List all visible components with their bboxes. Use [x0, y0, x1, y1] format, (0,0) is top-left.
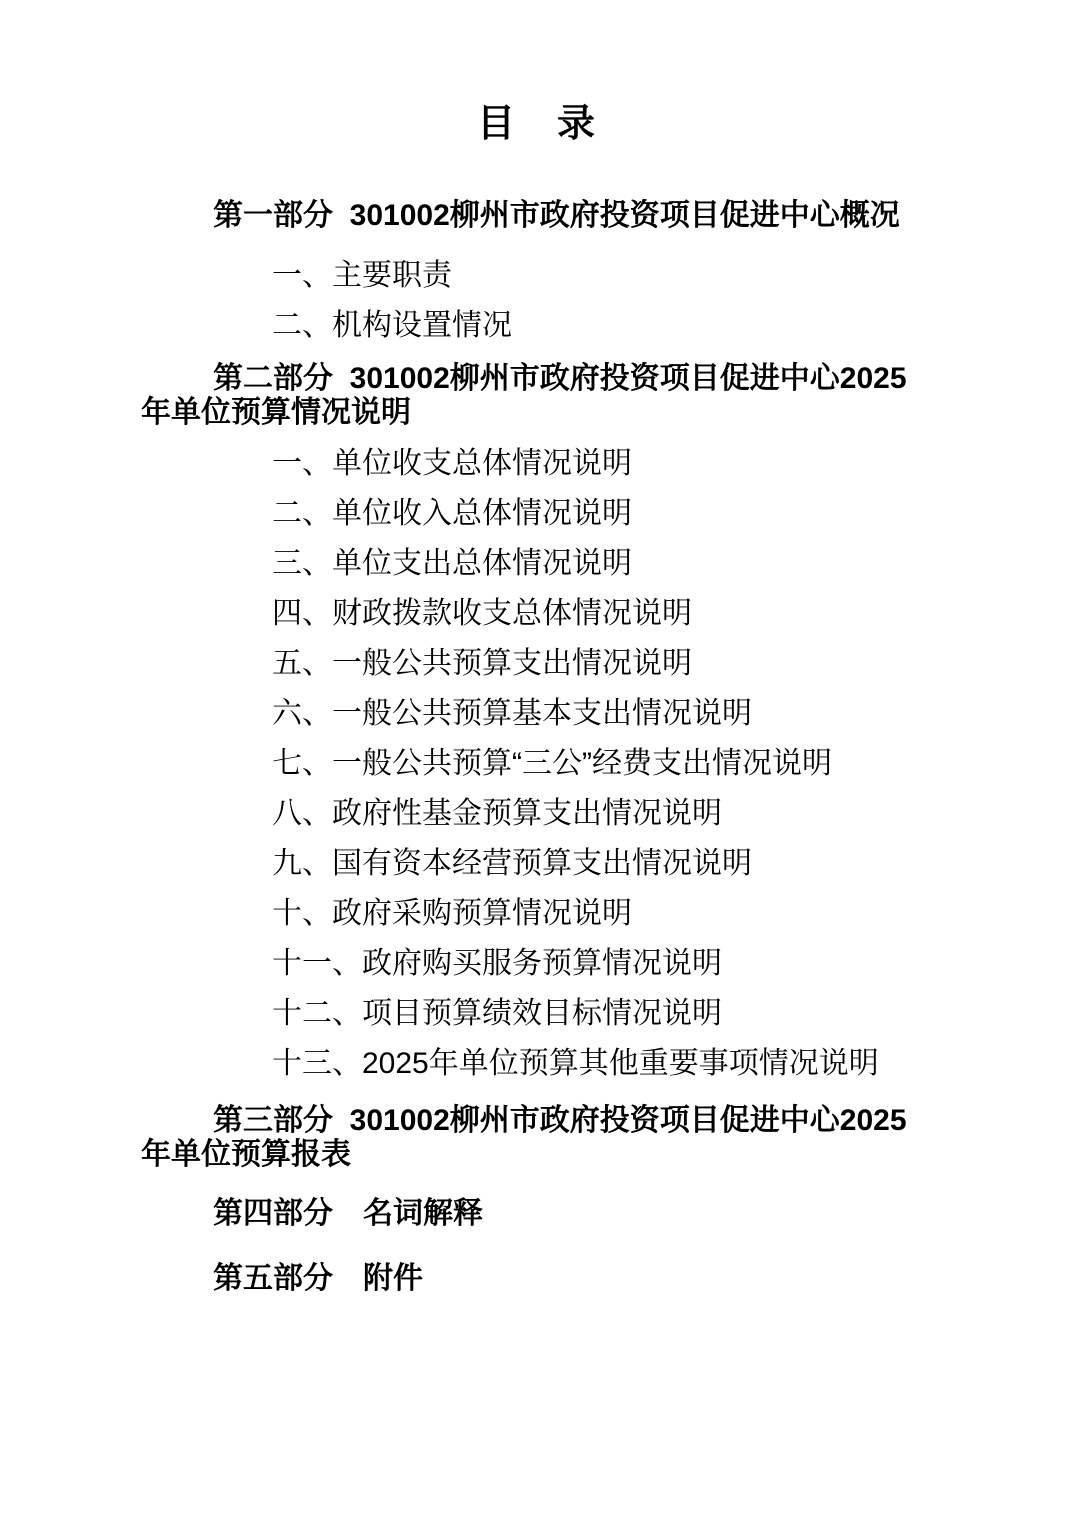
- toc-item-government-purchased-services: 十一、政府购买服务预算情况说明: [141, 947, 933, 981]
- toc-item-project-performance-targets: 十二、项目预算绩效目标情况说明: [141, 997, 933, 1031]
- toc-item-other-important-matters: 十三、2025年单位预算其他重要事项情况说明: [141, 1047, 933, 1081]
- toc-item-three-public-funds: 七、一般公共预算“三公”经费支出情况说明: [141, 747, 933, 781]
- section-3-heading: 第三部分 301002柳州市政府投资项目促进中心2025年单位预算报表: [141, 1104, 933, 1172]
- toc-item-expenditure-overview: 三、单位支出总体情况说明: [141, 547, 933, 581]
- document-page: 目 录 第一部分 301002柳州市政府投资项目促进中心概况 一、主要职责 二、…: [0, 0, 1074, 1520]
- toc-item-state-capital-operation-budget: 九、国有资本经营预算支出情况说明: [141, 847, 933, 881]
- toc-item-government-procurement-budget: 十、政府采购预算情况说明: [141, 897, 933, 931]
- section-2-heading: 第二部分 301002柳州市政府投资项目促进中心2025年单位预算情况说明: [141, 362, 933, 430]
- toc-item-general-public-budget-expenditure: 五、一般公共预算支出情况说明: [141, 647, 933, 681]
- section-4-heading: 第四部分 名词解释: [141, 1197, 933, 1231]
- toc-item-revenue-expenditure-overview: 一、单位收支总体情况说明: [141, 447, 933, 481]
- section-1-heading: 第一部分 301002柳州市政府投资项目促进中心概况: [141, 199, 933, 233]
- toc-item-government-fund-budget: 八、政府性基金预算支出情况说明: [141, 797, 933, 831]
- toc-item-main-duties: 一、主要职责: [141, 259, 933, 293]
- section-5-heading: 第五部分 附件: [141, 1262, 933, 1296]
- toc-item-revenue-overview: 二、单位收入总体情况说明: [141, 497, 933, 531]
- page-title: 目 录: [141, 102, 933, 146]
- toc-item-org-structure: 二、机构设置情况: [141, 309, 933, 343]
- toc-item-general-public-budget-basic-expenditure: 六、一般公共预算基本支出情况说明: [141, 697, 933, 731]
- toc-item-fiscal-appropriation-overview: 四、财政拨款收支总体情况说明: [141, 597, 933, 631]
